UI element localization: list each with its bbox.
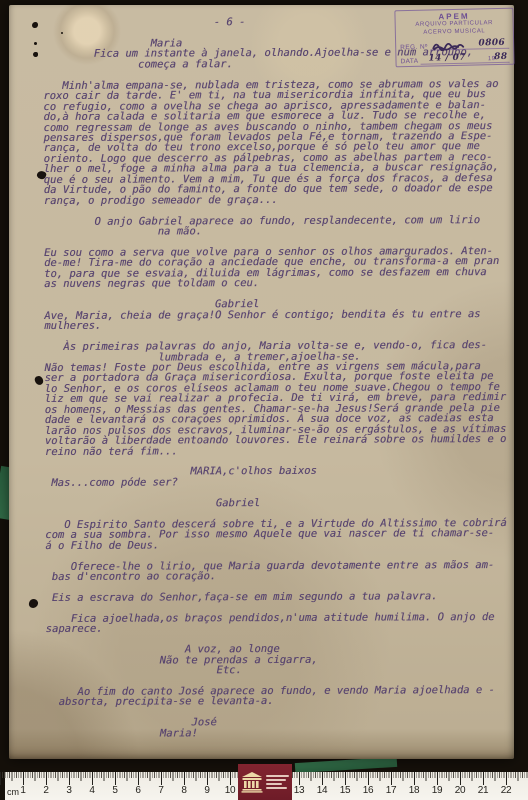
ink-blot <box>32 22 38 28</box>
ruler-number: 17 <box>383 785 399 796</box>
ruler-number: 4 <box>84 785 100 796</box>
ruler-number: 10 <box>222 785 238 796</box>
stamp-date-value: 14 / 07 <box>428 53 466 64</box>
ruler-number: 16 <box>360 785 376 796</box>
archive-logo-caption-lines <box>266 775 289 788</box>
classical-building-icon <box>241 771 263 793</box>
stamp-date-label: DATA <box>400 58 418 65</box>
ruler-number: 21 <box>475 785 491 796</box>
ruler-number: 6 <box>130 785 146 796</box>
ruler-number: 3 <box>61 785 77 796</box>
ruler-number: 8 <box>176 785 192 796</box>
ruler-number: 5 <box>107 785 123 796</box>
ink-blot <box>28 598 38 608</box>
archive-logo-badge <box>238 764 292 800</box>
stamp-year-value: 88 <box>494 52 508 62</box>
stamp-reg-label: REG. Nº <box>400 44 428 52</box>
ink-blot <box>34 375 44 386</box>
ruler-number: 2 <box>38 785 54 796</box>
ruler-number: 22 <box>498 785 514 796</box>
ink-blot <box>34 42 37 45</box>
stamp-reg-value: 0806 <box>478 38 505 49</box>
ink-blot <box>61 32 63 34</box>
ruler-number: 7 <box>153 785 169 796</box>
ruler-number: 9 <box>199 785 215 796</box>
ruler-number: 19 <box>429 785 445 796</box>
ruler-number: 15 <box>337 785 353 796</box>
ruler-number: 14 <box>314 785 330 796</box>
scanned-document-scene: - 6 - Maria Fica um instante à janela, o… <box>0 0 528 800</box>
ruler-number: 13 <box>291 785 307 796</box>
stamp-date-line: 14 / 07 19 88 <box>420 51 509 65</box>
ruler-number: 20 <box>452 785 468 796</box>
ruler-number: 1 <box>15 785 31 796</box>
script-page: - 6 - Maria Fica um instante à janela, o… <box>9 5 514 759</box>
pen-scribble-icon <box>432 42 466 52</box>
ink-blot <box>33 52 38 57</box>
ruler-number: 18 <box>406 785 422 796</box>
archive-stamp: APEM ARQUIVO PARTICULAR ACERVO MUSICAL R… <box>394 8 514 68</box>
stamp-reg-line: 0806 <box>430 37 510 51</box>
green-cloth-bottom <box>295 757 397 773</box>
typescript-page-text: - 6 - Maria Fica um instante à janela, o… <box>43 16 508 739</box>
